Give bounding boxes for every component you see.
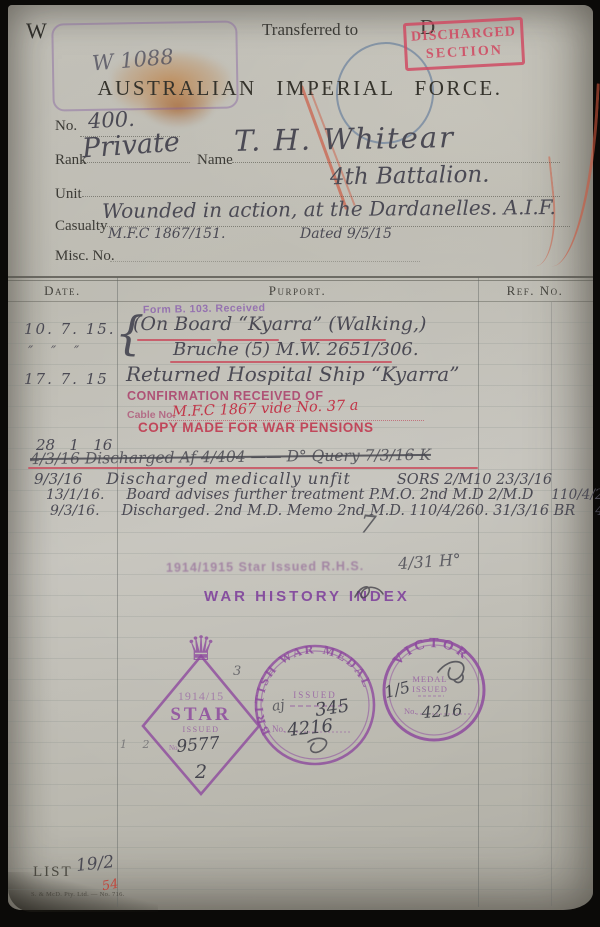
column-divider-date <box>117 277 118 907</box>
entry3-date: 9/3/16. <box>50 503 100 519</box>
entry2-date: 13/1/16. <box>46 487 104 503</box>
war-pensions-stamp: COPY MADE FOR WAR PENSIONS <box>138 420 374 435</box>
printer-imprint: S. & McD. Pty. Ltd. — No. 716. <box>31 891 125 898</box>
ledger-row2-date: ″ ″ ″ <box>28 344 79 360</box>
bwm-number-handwriting: 4216 <box>285 715 334 741</box>
star-pencil-marks: 1 2 <box>120 738 156 751</box>
corner-letter-left: W <box>26 18 47 44</box>
victory-issued-label: ISSUED <box>412 684 448 694</box>
unit-label: Unit <box>55 186 82 203</box>
scribble-mark <box>352 582 386 604</box>
ledger-row1-date: 10. 7. 15. <box>24 320 116 338</box>
ledger-row2-text: Bruche (5) M.W. 2651/306. <box>173 339 419 360</box>
star-pencil-mark-3: 3 <box>233 664 241 679</box>
bwm-no-label: No. <box>272 724 285 734</box>
star-stamp-name: STAR <box>170 704 231 725</box>
check-mark-7: 7 <box>359 509 378 540</box>
entry3-text: Discharged. 2nd M.D. Memo 2nd M.D. 110/4… <box>122 503 576 519</box>
crown-icon: ♛ <box>186 631 216 668</box>
casualty-value-handwriting: Wounded in action, at the Dardanelles. A… <box>102 195 556 223</box>
table-top-rule-2 <box>8 280 593 281</box>
scanned-document: W W 1088 Transferred to D DISCHARGED SEC… <box>0 0 600 927</box>
name-label: Name <box>197 152 233 169</box>
entry2-ref: 110/4/260. <box>551 487 600 503</box>
ledger-row3-date: 17. 7. 15 <box>24 370 109 388</box>
star-stamp-issued: ISSUED <box>182 725 219 734</box>
column-header-ref: Ref. No. <box>478 283 592 299</box>
column-divider-right <box>551 302 552 906</box>
ledger-entry-3: 9/3/16. Discharged. 2nd M.D. Memo 2nd M.… <box>50 502 600 520</box>
victory-medal-label: MEDAL <box>412 674 447 684</box>
document-title: AUSTRALIAN IMPERIAL FORCE. <box>98 76 503 101</box>
discharged-section-stamp: DISCHARGED SECTION <box>403 17 525 71</box>
casualty-dated-handwriting: Dated 9/5/15 <box>300 226 392 242</box>
bwm-signature-flourish <box>308 738 327 752</box>
faded-star-issued-stamp: 1914/1915 Star Issued R.H.S. <box>166 559 364 575</box>
star-issue-number-handwriting: 9577 <box>176 733 221 757</box>
table-top-rule <box>8 276 593 278</box>
entry2-text: Board advises further treatment P.M.O. 2… <box>126 487 533 503</box>
column-header-purport: Purport. <box>117 283 478 299</box>
victory-medal-stamp: VICTORY MEDAL ISSUED No. 1/5 4216 <box>378 634 490 746</box>
list-label: LIST <box>33 864 73 881</box>
misc-no-label: Misc. No. <box>55 248 115 265</box>
ledger-row1-text: (On Board “Kyarra” (Walking,) <box>133 313 426 335</box>
ledger-row3-text: Returned Hospital Ship “Kyarra” <box>126 362 459 386</box>
victory-prefix-handwriting: 1/5 <box>382 677 412 702</box>
star-extra-handwriting: 2 <box>194 761 207 783</box>
entry3-ref: 42/28. <box>595 503 600 519</box>
unit-value-handwriting: 4th Battalion. <box>330 162 490 191</box>
name-value-handwriting: T. H. Whitear <box>234 120 456 158</box>
british-war-medal-stamp: BRITISH WAR MEDAL ISSUED No. 345 4216 <box>250 640 380 770</box>
star-stamp-years: 1914/15 <box>178 689 224 703</box>
column-header-date: Date. <box>8 283 117 299</box>
column-divider-ref <box>478 277 479 907</box>
misc-field-line <box>110 261 420 262</box>
victory-no-label: No. <box>404 706 417 716</box>
transferred-to-label: Transferred to <box>262 20 358 40</box>
casualty-ref-handwriting: M.F.C 1867/151. <box>108 226 225 242</box>
victory-number-handwriting: 4216 <box>420 700 463 722</box>
list-value-handwriting: 19/2 <box>75 852 115 876</box>
no-label: No. <box>55 118 77 135</box>
